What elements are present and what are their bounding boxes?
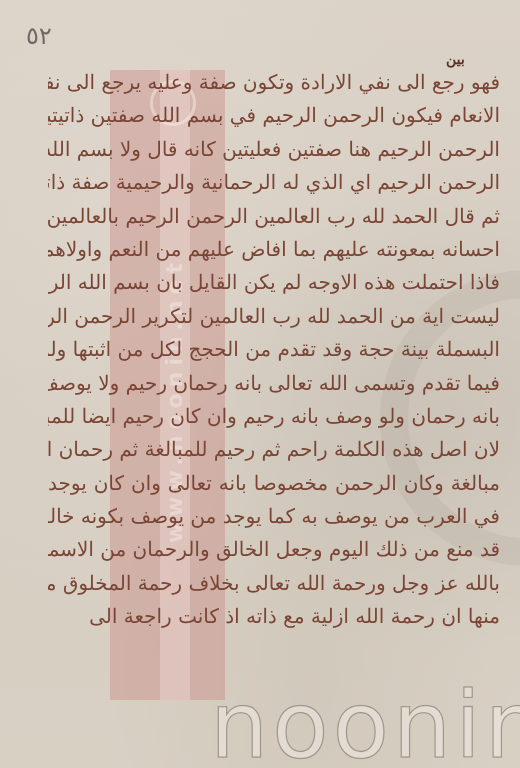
text-line: في العرب من يوصف به كما يوجد من يوصف بكو… (48, 500, 500, 533)
text-line: فهو رجع الى نفي الارادة وتكون صفة وعليه … (48, 66, 500, 99)
text-line: بالله عز وجل ورحمة الله تعالى بخلاف رحمة… (48, 567, 500, 600)
text-line: مبالغة وكان الرحمن مخصوصا بانه تعالى وان… (48, 467, 500, 500)
text-line: الرحمن الرحيم اي الذي له الرحمانية والرح… (48, 166, 500, 199)
manuscript-page: www.noonin.net ٥٢ بين فهو رجع الى نفي ال… (0, 0, 520, 768)
text-line: الرحمن الرحيم هنا صفتين فعليتين كانه قال… (48, 133, 500, 166)
text-line: فيما تقدم وتسمى الله تعالى بانه رحمان رح… (48, 367, 500, 400)
noonin-watermark: noonin (210, 680, 520, 768)
text-line: بانه رحمان ولو وصف بانه رحيم وان كان رحي… (48, 400, 500, 433)
text-line: منها ان رحمة الله ازلية مع ذاته اذ كانت … (48, 600, 500, 633)
text-line: فاذا احتملت هذه الاوجه لم يكن القايل بان… (48, 266, 500, 299)
text-line: لان اصل هذه الكلمة راحم ثم رحيم للمبالغة… (48, 433, 500, 466)
page-number: ٥٢ (26, 22, 52, 50)
text-line: البسملة بينة حجة وقد تقدم من الحجج لكل م… (48, 333, 500, 366)
text-line: احسانه بمعونته عليهم بما افاض عليهم من ا… (48, 233, 500, 266)
text-line: ثم قال الحمد لله رب العالمين الرحمن الرح… (48, 200, 500, 233)
text-line: الانعام فيكون الرحمن الرحيم في بسم الله … (48, 99, 500, 132)
manuscript-text: فهو رجع الى نفي الارادة وتكون صفة وعليه … (48, 66, 500, 634)
text-line: ليست اية من الحمد لله رب العالمين لتكرير… (48, 300, 500, 333)
text-line: قد منع من ذلك اليوم وجعل الخالق والرحمان… (48, 533, 500, 566)
